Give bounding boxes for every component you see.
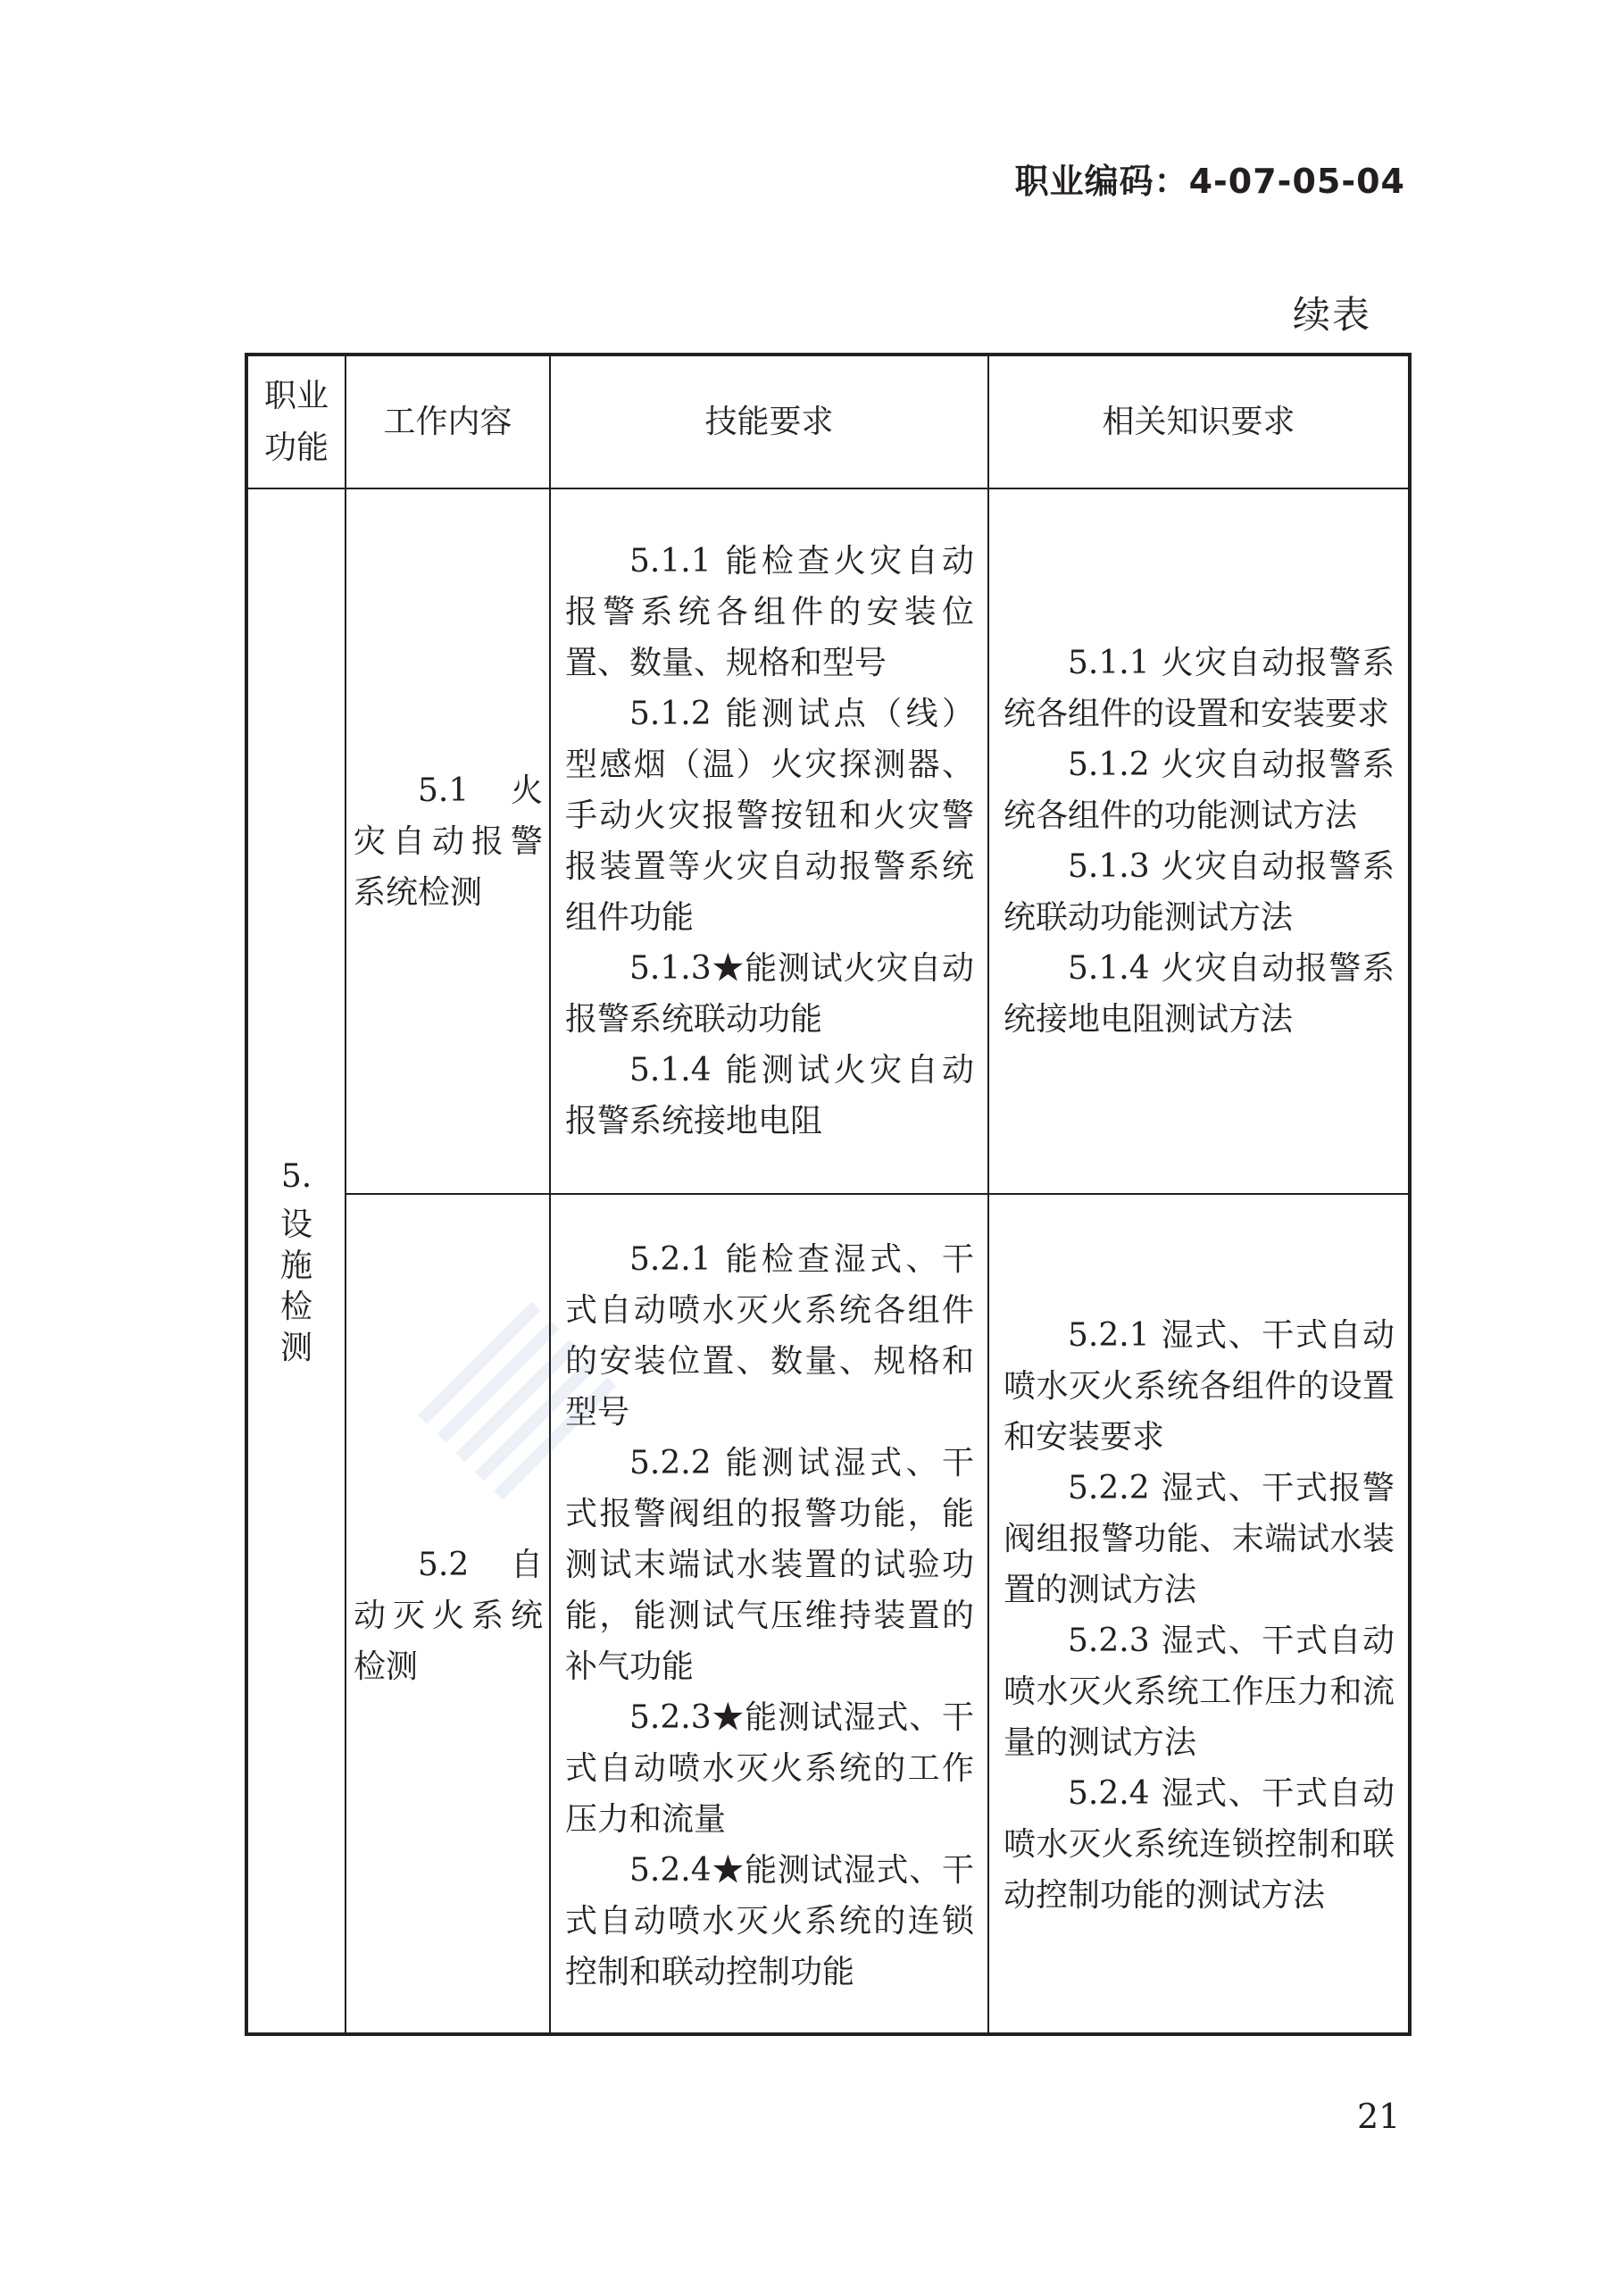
skill-item: 5.2.1 能检查湿式、干式自动喷水灭火系统各组件的安装位置、数量、规格和型号	[565, 1234, 974, 1438]
knowledge-item: 5.2.3 湿式、干式自动喷水灭火系统工作压力和流量的测试方法	[1004, 1615, 1395, 1768]
knowledge-item: 5.2.4 湿式、干式自动喷水灭火系统连锁控制和联动控制功能的测试方法	[1004, 1768, 1395, 1921]
skill-item: 5.1.2 能测试点（线）型感烟（温）火灾探测器、手动火灾报警按钮和火灾警报装置…	[565, 688, 974, 943]
knowledge-requirements-cell: 5.2.1 湿式、干式自动喷水灭火系统各组件的设置和安装要求 5.2.2 湿式、…	[1004, 1195, 1395, 2036]
work-content-cell: 5.1 火灾自动报警系统检测	[354, 489, 543, 1193]
header-work-content: 工作内容	[346, 356, 549, 488]
function-char: 检	[280, 1287, 312, 1328]
knowledge-item: 5.1.4 火灾自动报警系统接地电阻测试方法	[1004, 943, 1395, 1045]
header-function-line-2: 功能	[264, 422, 329, 474]
knowledge-requirements-cell: 5.1.1 火灾自动报警系统各组件的设置和安装要求 5.1.2 火灾自动报警系统…	[1004, 489, 1395, 1193]
skill-item: 5.1.3★能测试火灾自动报警系统联动功能	[565, 943, 974, 1045]
occupation-code: 职业编码：4-07-05-04	[1015, 154, 1405, 203]
skill-item: 5.1.1 能检查火灾自动报警系统各组件的安装位置、数量、规格和型号	[565, 536, 974, 688]
knowledge-item: 5.1.1 火灾自动报警系统各组件的设置和安装要求	[1004, 638, 1395, 739]
skills-table: 职业 功能 工作内容 技能要求 相关知识要求 5. 设 施 检 测 5.1 火灾…	[245, 353, 1412, 2036]
header-function: 职业 功能	[248, 356, 345, 488]
skill-item: 5.1.4 能测试火灾自动报警系统接地电阻	[565, 1045, 974, 1147]
header-function-line-1: 职业	[264, 371, 329, 422]
header-skill-requirements: 技能要求	[551, 356, 987, 488]
work-content-text: 5.1 火灾自动报警系统检测	[354, 765, 543, 918]
continued-table-label: 续表	[1293, 286, 1371, 339]
skill-item: 5.2.2 能测试湿式、干式报警阀组的报警功能，能测试末端试水装置的试验功能，能…	[565, 1438, 974, 1692]
skill-item: 5.2.3★能测试湿式、干式自动喷水灭火系统的工作压力和流量	[565, 1692, 974, 1845]
knowledge-item: 5.1.3 火灾自动报警系统联动功能测试方法	[1004, 841, 1395, 943]
function-char: 施	[280, 1246, 312, 1287]
function-number: 5.	[281, 1156, 312, 1197]
knowledge-item: 5.2.2 湿式、干式报警阀组报警功能、末端试水装置的测试方法	[1004, 1463, 1395, 1615]
knowledge-item: 5.1.2 火灾自动报警系统各组件的功能测试方法	[1004, 739, 1395, 841]
knowledge-item: 5.2.1 湿式、干式自动喷水灭火系统各组件的设置和安装要求	[1004, 1310, 1395, 1463]
column-divider	[549, 356, 551, 2036]
skill-item: 5.2.4★能测试湿式、干式自动喷水灭火系统的连锁控制和联动控制功能	[565, 1845, 974, 1998]
function-char: 测	[280, 1328, 312, 1369]
page-number: 21	[1357, 2097, 1400, 2136]
column-divider	[345, 356, 346, 2036]
work-content-cell: 5.2 自动灭火系统检测	[354, 1195, 543, 2036]
function-char: 设	[280, 1205, 312, 1246]
header-knowledge-requirements: 相关知识要求	[989, 356, 1408, 488]
work-content-text: 5.2 自动灭火系统检测	[354, 1540, 543, 1692]
skill-requirements-cell: 5.1.1 能检查火灾自动报警系统各组件的安装位置、数量、规格和型号 5.1.2…	[565, 489, 974, 1193]
occupational-function-cell: 5. 设 施 检 测	[248, 489, 345, 2036]
column-divider	[987, 356, 989, 2036]
skill-requirements-cell: 5.2.1 能检查湿式、干式自动喷水灭火系统各组件的安装位置、数量、规格和型号 …	[565, 1195, 974, 2036]
